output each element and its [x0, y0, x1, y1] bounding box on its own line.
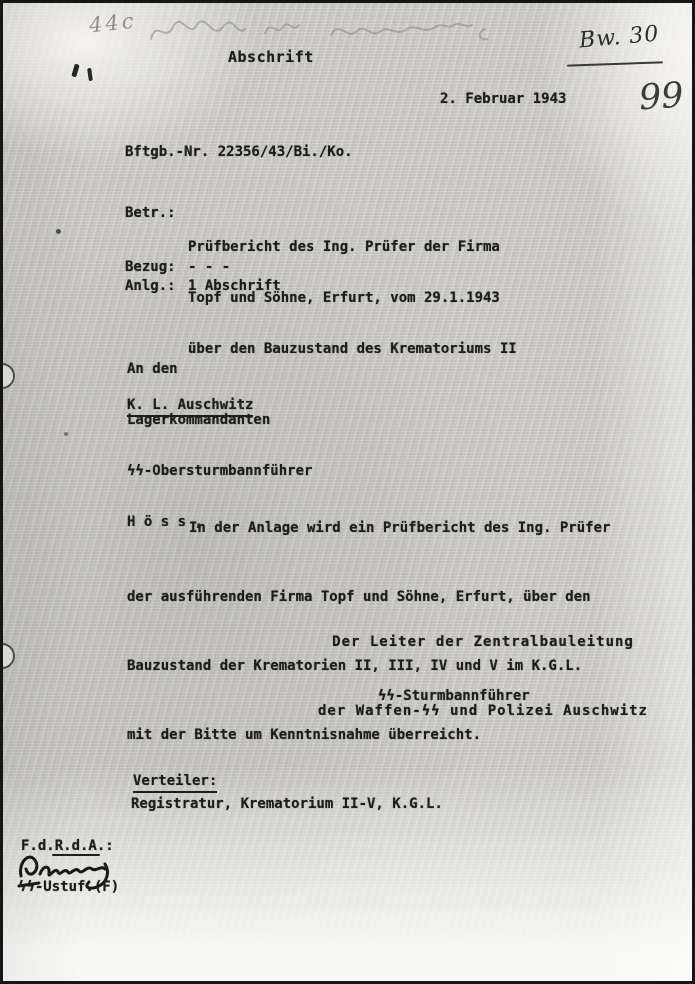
ink-speck [71, 64, 79, 78]
betr-line: Prüfbericht des Ing. Prüfer der Firma [188, 239, 517, 256]
handwritten-page-number: 99 [638, 75, 685, 118]
signer-title: Der Leiter der Zentralbauleitung der Waf… [313, 585, 653, 769]
distribution-label: Verteiler: [133, 773, 217, 793]
anlage-label: Anlg.: [125, 278, 176, 295]
ink-speck [64, 432, 68, 436]
handwritten-underline [567, 61, 663, 66]
punch-hole-top [0, 363, 15, 389]
signer-rank: ϟϟ-Sturmbannführer [378, 688, 530, 705]
pencil-scribble [143, 9, 523, 57]
signer-title-line: Der Leiter der Zentralbauleitung [313, 631, 653, 654]
anlage-value: 1 Abschrift [188, 278, 281, 295]
handwritten-archive-ref: Bw. 30 [578, 22, 660, 54]
distribution-entry: Registratur, Krematorium II-V, K.G.L. [131, 796, 443, 813]
bezug-value: - - - [188, 259, 230, 276]
body-line: In der Anlage wird ein Prüfbericht des I… [127, 517, 610, 540]
recipient-camp: K. L. Auschwitz [127, 397, 253, 417]
copy-label: Abschrift [228, 49, 314, 66]
document-page: 44c Bw. 30 99 Abschrift 2. Februar 1943 … [0, 0, 695, 984]
date-line: 2. Februar 1943 [440, 91, 566, 108]
bezug-label: Bezug: [125, 259, 176, 276]
ink-speck [56, 229, 61, 234]
recipient-line: An den [127, 361, 312, 378]
betr-label: Betr.: [125, 205, 176, 222]
ink-speck [87, 68, 93, 81]
pencil-number: 44c [88, 9, 138, 38]
certification-rank: ϟϟ-Ustuf.(F) [18, 879, 119, 896]
punch-hole-bottom [0, 643, 15, 669]
journal-ref: Bftgb.-Nr. 22356/43/Bi./Ko. [125, 144, 353, 161]
